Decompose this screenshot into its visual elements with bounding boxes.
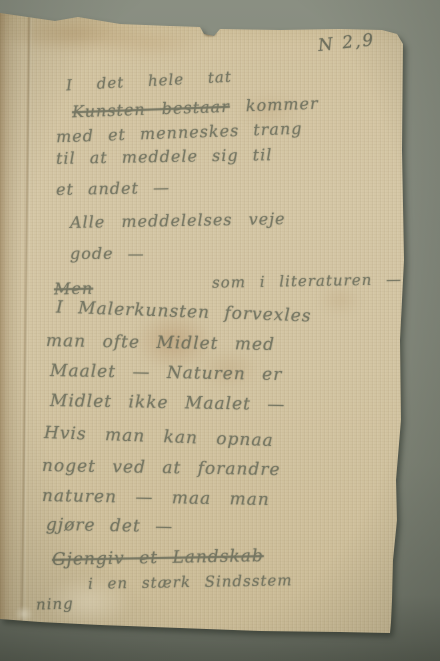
handwriting-text: et andet — xyxy=(56,178,170,199)
handwriting-line: gjøre det — xyxy=(46,515,174,537)
handwriting-line: Men xyxy=(54,279,93,299)
handwriting-line: som i literaturen — xyxy=(212,270,402,291)
handwriting-text: i en stærk Sindsstem xyxy=(88,571,293,593)
handwriting-text: Midlet ikke Maalet — xyxy=(50,391,286,415)
manuscript-photo: N 2,9 I det hele tatKunsten bestaar komm… xyxy=(0,0,440,661)
paper-chip-speck xyxy=(204,29,216,36)
handwriting-line: Midlet ikke Maalet — xyxy=(50,391,286,415)
paper-page: N 2,9 I det hele tatKunsten bestaar komm… xyxy=(0,0,440,661)
handwriting-text: Hvis man kan opnaa xyxy=(44,423,274,451)
handwriting-text: til at meddele sig til xyxy=(56,145,273,168)
handwriting-line: naturen — maa man xyxy=(42,486,270,510)
handwriting-line: i en stærk Sindsstem xyxy=(88,571,293,593)
handwriting-text: noget ved at forandre xyxy=(42,456,281,480)
paper-stain xyxy=(95,28,205,58)
binding-gutter-shade xyxy=(0,13,22,621)
handwriting-text: kommer xyxy=(229,94,318,116)
fold-crease xyxy=(20,13,32,621)
paper-shadow-wrap: N 2,9 I det hele tatKunsten bestaar komm… xyxy=(0,0,440,661)
handwriting-text: Alle meddelelses veje xyxy=(70,209,286,232)
handwriting-text: gode — xyxy=(70,244,145,263)
handwriting-line: gode — xyxy=(70,244,145,263)
handwriting-line: Gjengiv et Landskab xyxy=(52,546,264,570)
handwriting-struck-text: Gjengiv et Landskab xyxy=(52,546,264,570)
handwriting-text: man ofte Midlet med xyxy=(46,331,275,355)
handwriting-text: Maalet — Naturen er xyxy=(50,361,283,385)
handwriting-line: et andet — xyxy=(56,178,170,199)
handwriting-text: naturen — maa man xyxy=(42,486,270,510)
archival-number: N 2,9 xyxy=(317,30,376,56)
handwriting-line: med et menneskes trang xyxy=(56,119,303,147)
handwriting-line: I Malerkunsten forvexles xyxy=(56,298,312,327)
handwriting-line: I det hele tat xyxy=(66,68,233,95)
handwriting-text: med et menneskes trang xyxy=(56,119,303,147)
handwriting-line: Maalet — Naturen er xyxy=(50,361,283,385)
handwriting-text: som i literaturen — xyxy=(212,270,402,291)
handwriting-line: noget ved at forandre xyxy=(42,456,281,480)
handwriting-struck-text: Kunsten bestaar xyxy=(72,97,230,121)
handwriting-line: Alle meddelelses veje xyxy=(70,209,286,232)
handwriting-line: Kunsten bestaar kommer xyxy=(72,94,319,122)
handwriting-struck-text: Men xyxy=(54,279,93,299)
crease-wear-spot xyxy=(15,606,33,622)
handwriting-line: ning xyxy=(36,594,74,613)
handwriting-line: Hvis man kan opnaa xyxy=(44,423,274,451)
handwriting-text: I Malerkunsten forvexles xyxy=(56,298,312,327)
handwriting-text: ning xyxy=(36,594,74,613)
handwriting-text: gjøre det — xyxy=(46,515,174,537)
paper-stain xyxy=(0,14,150,54)
handwriting-line: til at meddele sig til xyxy=(56,145,273,168)
handwriting-line: man ofte Midlet med xyxy=(46,331,275,355)
handwriting-text: I det hele tat xyxy=(66,68,233,95)
